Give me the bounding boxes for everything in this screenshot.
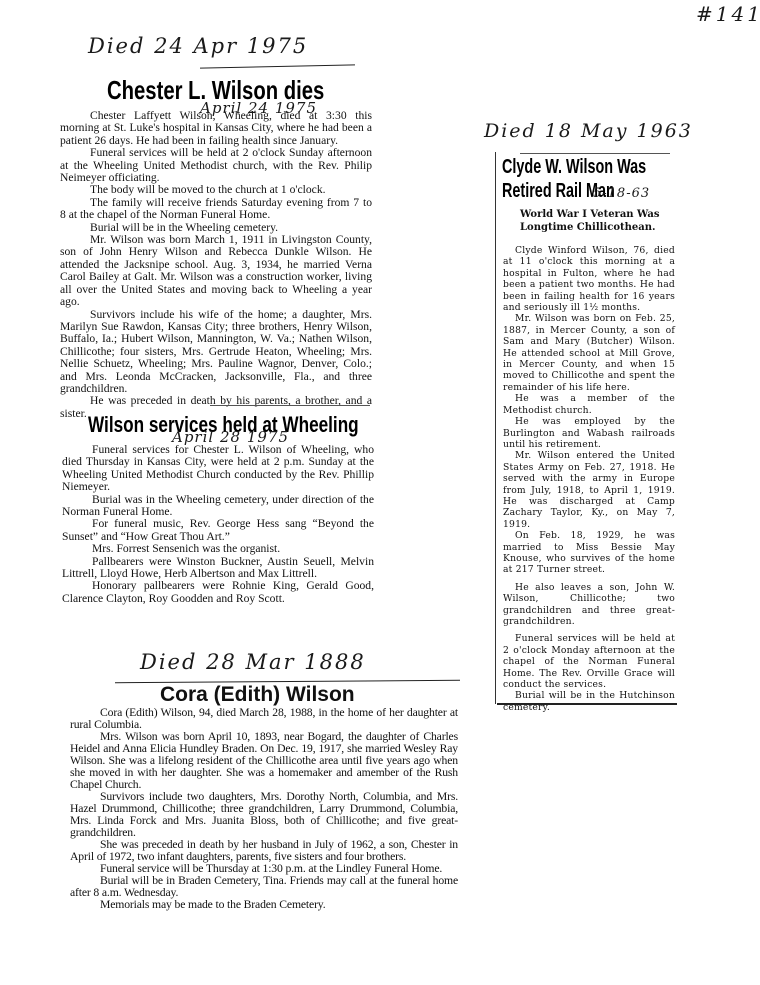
paragraph: He was a member of the Methodist church. [503,393,675,416]
paragraph: The family will receive friends Saturday… [60,197,372,222]
paragraph: He was employed by the Burlington and Wa… [503,416,675,450]
article-body: Clyde Winford Wilson, 76, died at 11 o'c… [503,245,675,713]
paragraph: Pallbearers were Winston Buckner, Austin… [62,556,374,581]
paragraph: Burial will be in the Hutchinson cemeter… [503,690,675,713]
separator-rule [200,64,355,68]
paragraph: Survivors include two daughters, Mrs. Do… [70,791,458,839]
paragraph: Chester Laffyett Wilson, Wheeling, died … [60,110,372,147]
article-body: Cora (Edith) Wilson, 94, died March 28, … [70,707,458,911]
paragraph: On Feb. 18, 1929, he was married to Miss… [503,530,675,576]
paragraph: Mr. Wilson was born on Feb. 25, 1887, in… [503,313,675,393]
paragraph: Funeral services will be held at 2 o'clo… [60,147,372,184]
handwritten-death-date: Died 24 Apr 1975 [88,34,308,58]
paragraph: Mr. Wilson entered the United States Arm… [503,450,675,530]
handwritten-death-date: Died 18 May 1963 [484,120,693,142]
paragraph: Burial was in the Wheeling cemetery, und… [62,494,374,519]
article-body: Funeral services for Chester L. Wilson o… [62,444,374,605]
paragraph: He also leaves a son, John W. Wilson, Ch… [503,582,675,628]
handwritten-annotation: 5-18-63 [593,186,650,201]
paragraph: Mrs. Forrest Sensenich was the organist. [62,543,374,555]
separator-rule [497,703,677,705]
paragraph: For funeral music, Rev. George Hess sang… [62,518,374,543]
subheadline-line: World War I Veteran Was [520,208,660,221]
paragraph: Clyde Winford Wilson, 76, died at 11 o'c… [503,245,675,313]
paragraph: Survivors include his wife of the home; … [60,309,372,396]
subheadline: World War I Veteran Was Longtime Chillic… [520,208,660,234]
paragraph: Memorials may be made to the Braden Ceme… [70,899,458,911]
separator-rule [520,153,670,154]
subheadline-line: Longtime Chillicothean. [520,221,660,234]
column-border [495,152,496,704]
headline-line: Clyde W. Wilson Was [502,155,646,179]
article-body: Chester Laffyett Wilson, Wheeling, died … [60,110,372,420]
paragraph: Mr. Wilson was born March 1, 1911 in Liv… [60,234,372,308]
page-note: #141 [696,2,760,26]
paragraph: Mrs. Wilson was born April 10, 1893, nea… [70,731,458,791]
paragraph: Funeral services for Chester L. Wilson o… [62,444,374,494]
separator-rule [210,405,370,406]
paragraph: Cora (Edith) Wilson, 94, died March 28, … [70,707,458,731]
handwritten-death-date: Died 28 Mar 1888 [140,650,366,674]
paragraph: Burial will be in Braden Cemetery, Tina.… [70,875,458,899]
paragraph: Honorary pallbearers were Rohnie King, G… [62,580,374,605]
paragraph: The body will be moved to the church at … [60,184,372,196]
headline: Cora (Edith) Wilson [160,683,355,707]
paragraph: Funeral services will be held at 2 o'clo… [503,633,675,690]
paragraph: She was preceded in death by her husband… [70,839,458,863]
